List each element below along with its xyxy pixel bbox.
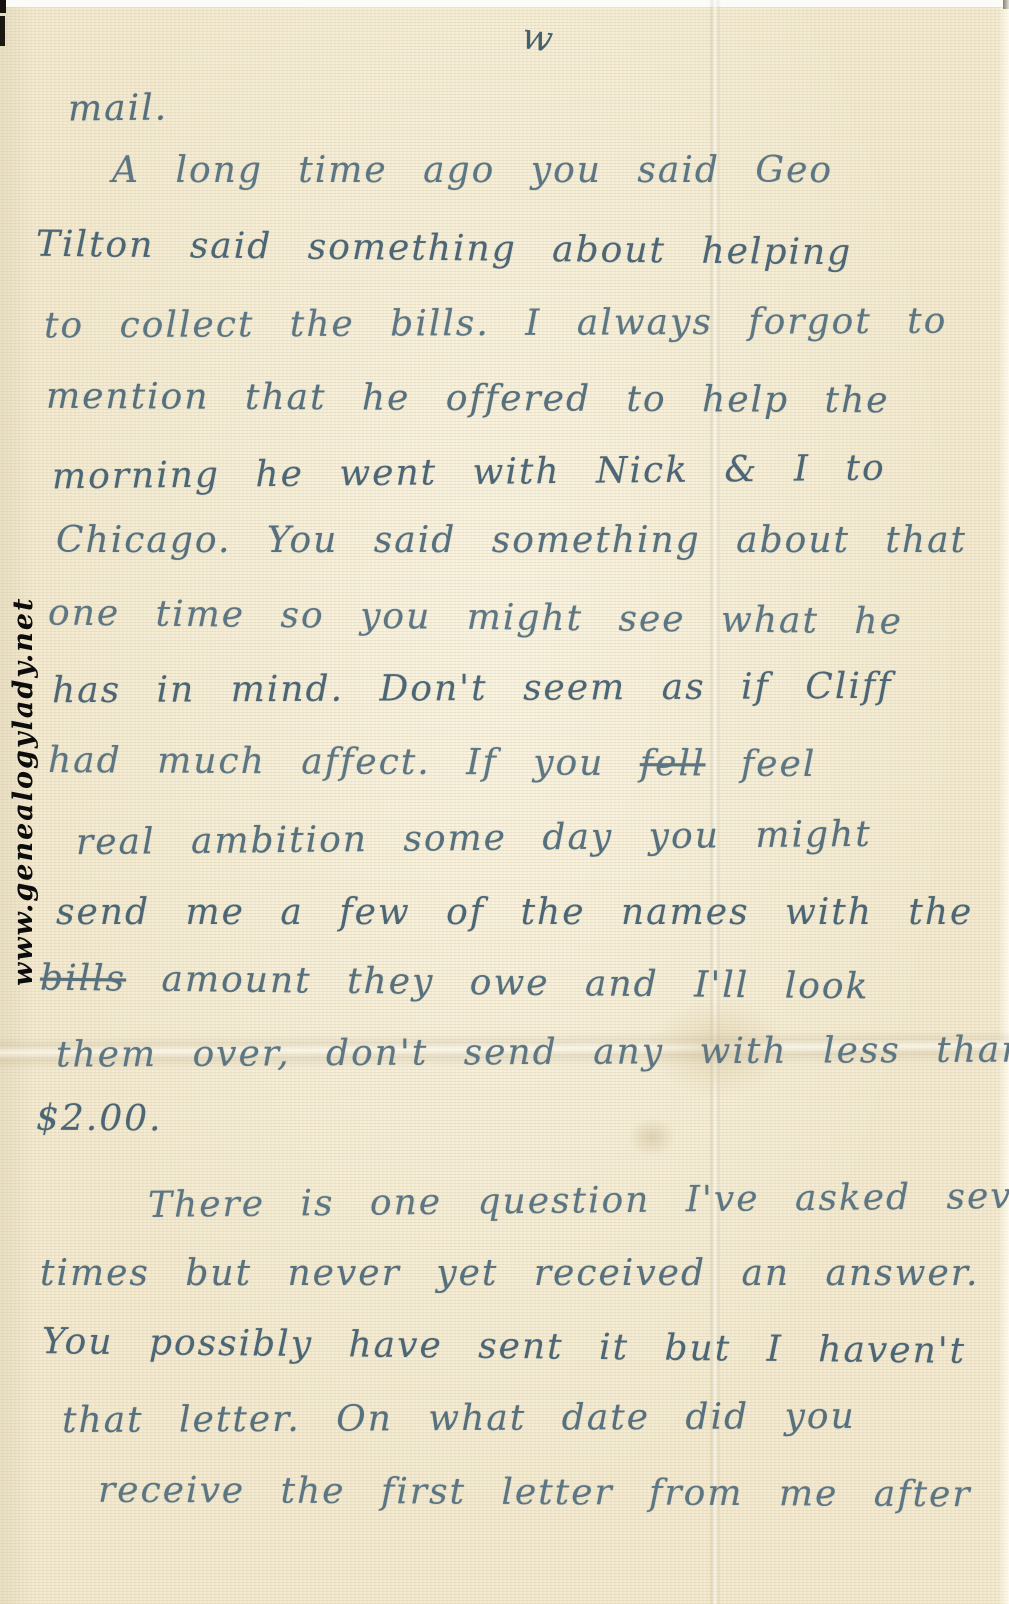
handwritten-text: Tilton said something about helping	[36, 224, 853, 274]
handwritten-text: to collect the bills. I always forgot to	[44, 301, 948, 347]
handwritten-text: Chicago. You said something about that	[56, 520, 967, 561]
handwritten-text: amount they owe and I'll look	[126, 959, 870, 1008]
handwritten-text: them over, don't send any with less than	[56, 1029, 1009, 1075]
handwritten-line: that letter. On what date did you	[62, 1396, 856, 1441]
handwritten-line: You possibly have sent it but I haven't	[42, 1321, 967, 1372]
handwritten-line: A long time ago you said Geo	[112, 150, 833, 191]
handwritten-line: had much affect. If you fell feel	[48, 740, 817, 785]
handwritten-text: mail.	[68, 87, 169, 129]
handwritten-line: times but never yet received an answer.	[40, 1253, 979, 1294]
handwritten-line: morning he went with Nick & I to	[52, 448, 886, 498]
handwritten-line: Chicago. You said something about that	[56, 520, 967, 561]
handwritten-text: morning he went with Nick & I to	[52, 448, 886, 498]
handwritten-line: There is one question I've asked several	[148, 1175, 1009, 1226]
handwritten-line: Tilton said something about helping	[36, 224, 853, 274]
handwritten-text: There is one question I've asked several	[148, 1175, 1009, 1226]
crossed-out-word: bills	[40, 958, 126, 1000]
handwritten-text: mention that he offered to help the	[46, 376, 890, 421]
handwritten-text: send me a few of the names with the	[56, 892, 973, 933]
crossed-out-word: fell	[640, 743, 706, 784]
scan-edge-top	[0, 0, 1009, 7]
paper-edge-right	[998, 0, 1009, 1604]
handwritten-line: send me a few of the names with the	[56, 892, 973, 933]
handwritten-text: You possibly have sent it but I haven't	[42, 1321, 967, 1372]
paper-stain	[628, 1118, 676, 1156]
handwritten-text: receive the first letter from me after	[98, 1470, 972, 1516]
handwritten-text: had much affect. If you	[48, 740, 640, 784]
handwritten-line: them over, don't send any with less than	[56, 1029, 1009, 1075]
handwritten-line: $2.00.	[36, 1098, 163, 1140]
handwritten-line: receive the first letter from me after	[98, 1470, 972, 1516]
page-mark: w	[519, 16, 555, 61]
handwritten-text: A long time ago you said Geo	[112, 150, 833, 191]
handwritten-text: has in mind. Don't seem as if Cliff	[52, 666, 893, 711]
handwritten-line: has in mind. Don't seem as if Cliff	[52, 666, 893, 711]
handwritten-line: bills amount they owe and I'll look	[40, 958, 870, 1008]
handwritten-line: mail.	[68, 87, 169, 129]
handwritten-text: one time so you might see what he	[48, 593, 903, 643]
handwritten-line: real ambition some day you might	[76, 814, 872, 863]
letter-page: www.genealogylady.net w mail.A long time…	[0, 0, 1009, 1604]
handwritten-text: that letter. On what date did you	[62, 1396, 856, 1441]
handwritten-text: $2.00.	[36, 1098, 163, 1140]
handwritten-text: real ambition some day you might	[76, 814, 872, 863]
scan-edge-mark-left	[0, 16, 5, 46]
handwritten-line: to collect the bills. I always forgot to	[44, 301, 948, 347]
watermark-text: www.genealogylady.net	[8, 606, 46, 986]
handwritten-text: feel	[705, 743, 816, 785]
handwritten-line: mention that he offered to help the	[46, 376, 890, 421]
handwritten-text: times but never yet received an answer.	[40, 1253, 979, 1294]
scan-corner-mark-top-left	[0, 0, 6, 13]
handwritten-line: one time so you might see what he	[48, 593, 903, 643]
